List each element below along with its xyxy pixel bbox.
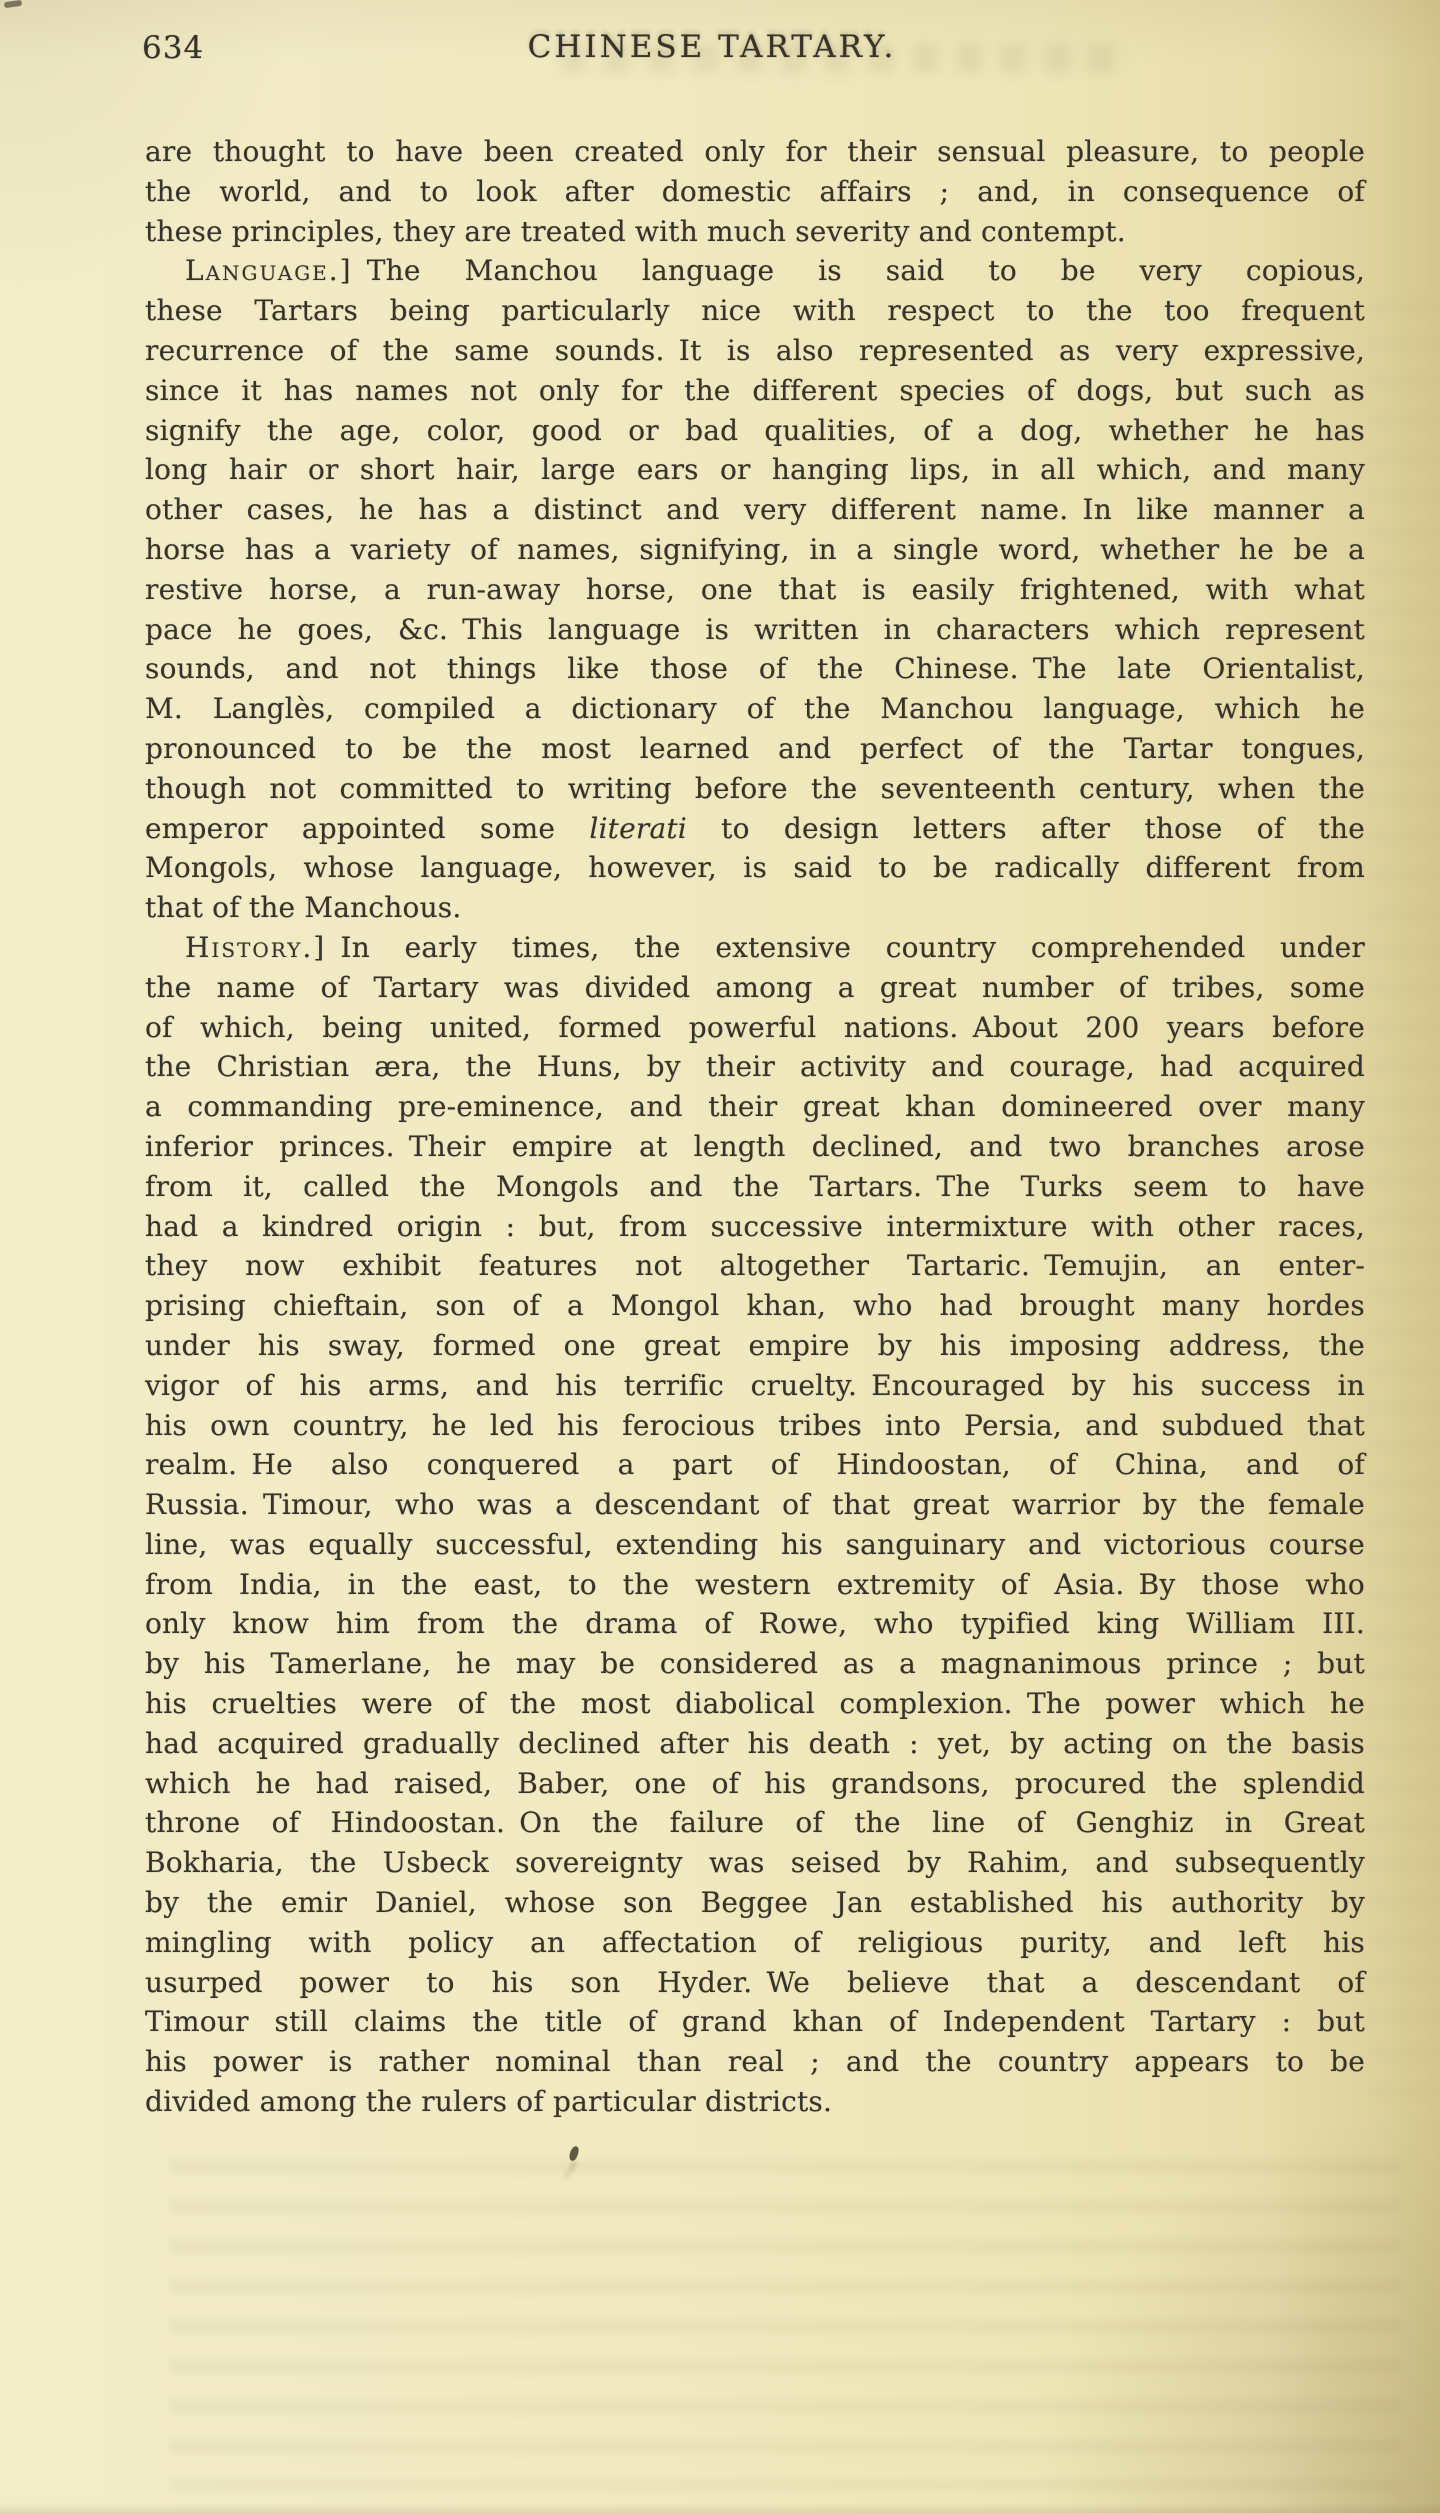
text-segment: In early times, the extensive country co… — [326, 931, 1365, 964]
text-line: M. Langlès, compiled a dictionary of the… — [145, 689, 1365, 729]
text-segment: literati — [589, 812, 687, 845]
text-line: his cruelties were of the most diabolica… — [145, 1684, 1365, 1724]
text-line: History.] In early times, the extensive … — [145, 928, 1365, 968]
text-line: from it, called the Mongols and the Tart… — [145, 1167, 1365, 1207]
text-segment: inferior princes. Their empire at length… — [145, 1130, 1365, 1163]
text-line: Russia. Timour, who was a descendant of … — [145, 1485, 1365, 1525]
text-line: under his sway, formed one great empire … — [145, 1326, 1365, 1366]
text-line: since it has names not only for the diff… — [145, 371, 1365, 411]
text-line: his power is rather nominal than real ; … — [145, 2042, 1365, 2082]
text-segment: by his Tamerlane, he may be considered a… — [145, 1647, 1365, 1680]
paragraph: are thought to have been created only fo… — [145, 132, 1365, 251]
text-segment: from it, called the Mongols and the Tart… — [145, 1170, 1365, 1203]
text-block: are thought to have been created only fo… — [145, 132, 1365, 2122]
text-line: Language.] The Manchou language is said … — [145, 251, 1365, 291]
text-segment: of which, being united, formed powerful … — [145, 1011, 1365, 1044]
text-segment: that of the Manchous. — [145, 891, 461, 924]
text-line: of which, being united, formed powerful … — [145, 1008, 1365, 1048]
text-line: recurrence of the same sounds. It is als… — [145, 331, 1365, 371]
text-segment: his power is rather nominal than real ; … — [145, 2045, 1365, 2078]
text-segment: a commanding pre-eminence, and their gre… — [145, 1090, 1365, 1123]
text-line: the world, and to look after domestic af… — [145, 172, 1365, 212]
text-segment: line, was equally successful, extending … — [145, 1528, 1365, 1561]
text-segment: horse has a variety of names, signifying… — [145, 533, 1365, 566]
section-heading: Language.] — [185, 254, 353, 287]
text-line: the Christian æra, the Huns, by their ac… — [145, 1047, 1365, 1087]
text-line: line, was equally successful, extending … — [145, 1525, 1365, 1565]
text-segment: restive horse, a run-away horse, one tha… — [145, 573, 1365, 606]
text-segment: divided among the rulers of particular d… — [145, 2085, 832, 2118]
text-segment: other cases, he has a distinct and very … — [145, 493, 1365, 526]
text-segment: had a kindred origin : but, from success… — [145, 1210, 1365, 1243]
text-line: the name of Tartary was divided among a … — [145, 968, 1365, 1008]
paragraph: History.] In early times, the extensive … — [145, 928, 1365, 2122]
section-heading: History.] — [185, 931, 326, 964]
text-line: inferior princes. Their empire at length… — [145, 1127, 1365, 1167]
text-segment: Bokharia, the Usbeck sovereignty was sei… — [145, 1846, 1365, 1879]
text-line: mingling with policy an affectation of r… — [145, 1923, 1365, 1963]
page-number: 634 — [142, 30, 204, 66]
text-line: horse has a variety of names, signifying… — [145, 530, 1365, 570]
text-segment: these Tartars being particularly nice wi… — [145, 294, 1365, 327]
text-line: his own country, he led his ferocious tr… — [145, 1406, 1365, 1446]
text-line: Timour still claims the title of grand k… — [145, 2002, 1365, 2042]
text-segment: are thought to have been created only fo… — [145, 135, 1365, 168]
text-line: Mongols, whose language, however, is sai… — [145, 848, 1365, 888]
text-line: that of the Manchous. — [145, 888, 1365, 928]
text-line: these Tartars being particularly nice wi… — [145, 291, 1365, 331]
text-segment: his own country, he led his ferocious tr… — [145, 1409, 1365, 1442]
text-line: only know him from the drama of Rowe, wh… — [145, 1604, 1365, 1644]
text-line: though not committed to writing before t… — [145, 769, 1365, 809]
text-segment: usurped power to his son Hyder. We belie… — [145, 1966, 1365, 1999]
bleed-through-artifact — [1370, 300, 1434, 2100]
text-line: are thought to have been created only fo… — [145, 132, 1365, 172]
text-segment: the world, and to look after domestic af… — [145, 175, 1365, 208]
text-segment: they now exhibit features not altogether… — [145, 1249, 1365, 1282]
text-segment: which he had raised, Baber, one of his g… — [145, 1767, 1365, 1800]
text-line: sounds, and not things like those of the… — [145, 649, 1365, 689]
text-line: had acquired gradually declined after hi… — [145, 1724, 1365, 1764]
text-line: by the emir Daniel, whose son Beggee Jan… — [145, 1883, 1365, 1923]
text-line: realm. He also conquered a part of Hindo… — [145, 1445, 1365, 1485]
running-head: CHINESE TARTARY. — [528, 29, 897, 65]
text-segment: throne of Hindoostan. On the failure of … — [145, 1806, 1365, 1839]
text-segment: Russia. Timour, who was a descendant of … — [145, 1488, 1365, 1521]
text-segment: prising chieftain, son of a Mongol khan,… — [145, 1289, 1365, 1322]
text-segment: vigor of his arms, and his terrific crue… — [145, 1369, 1365, 1402]
text-line: these principles, they are treated with … — [145, 212, 1365, 252]
text-line: a commanding pre-eminence, and their gre… — [145, 1087, 1365, 1127]
text-segment: emperor appointed some — [145, 812, 589, 845]
text-segment: had acquired gradually declined after hi… — [145, 1727, 1365, 1760]
text-segment: long hair or short hair, large ears or h… — [145, 453, 1365, 486]
text-line: from India, in the east, to the western … — [145, 1565, 1365, 1605]
text-segment: M. Langlès, compiled a dictionary of the… — [145, 692, 1365, 725]
text-line: Bokharia, the Usbeck sovereignty was sei… — [145, 1843, 1365, 1883]
text-line: throne of Hindoostan. On the failure of … — [145, 1803, 1365, 1843]
text-line: divided among the rulers of particular d… — [145, 2082, 1365, 2122]
text-line: by his Tamerlane, he may be considered a… — [145, 1644, 1365, 1684]
paragraph: Language.] The Manchou language is said … — [145, 251, 1365, 928]
text-line: they now exhibit features not altogether… — [145, 1246, 1365, 1286]
text-segment: the name of Tartary was divided among a … — [145, 971, 1365, 1004]
bleed-through-artifact — [170, 2160, 1400, 2490]
text-line: which he had raised, Baber, one of his g… — [145, 1764, 1365, 1804]
text-segment: since it has names not only for the diff… — [145, 374, 1365, 407]
ink-smudge — [568, 2145, 579, 2161]
text-line: pace he goes, &c. This language is writt… — [145, 610, 1365, 650]
text-segment: signify the age, color, good or bad qual… — [145, 414, 1365, 447]
text-line: vigor of his arms, and his terrific crue… — [145, 1366, 1365, 1406]
text-segment: pace he goes, &c. This language is writt… — [145, 613, 1365, 646]
text-segment: mingling with policy an affectation of r… — [145, 1926, 1365, 1959]
text-segment: his cruelties were of the most diabolica… — [145, 1687, 1365, 1720]
text-segment: Mongols, whose language, however, is sai… — [145, 851, 1365, 884]
text-line: long hair or short hair, large ears or h… — [145, 450, 1365, 490]
text-line: usurped power to his son Hyder. We belie… — [145, 1963, 1365, 2003]
text-line: had a kindred origin : but, from success… — [145, 1207, 1365, 1247]
text-line: emperor appointed some literati to desig… — [145, 809, 1365, 849]
text-segment: realm. He also conquered a part of Hindo… — [145, 1448, 1365, 1481]
text-segment: only know him from the drama of Rowe, wh… — [145, 1607, 1365, 1640]
text-line: prising chieftain, son of a Mongol khan,… — [145, 1286, 1365, 1326]
text-segment: from India, in the east, to the western … — [145, 1568, 1365, 1601]
text-line: restive horse, a run-away horse, one tha… — [145, 570, 1365, 610]
text-segment: sounds, and not things like those of the… — [145, 652, 1365, 685]
text-segment: these principles, they are treated with … — [145, 215, 1126, 248]
text-segment: pronounced to be the most learned and pe… — [145, 732, 1365, 765]
text-segment: though not committed to writing before t… — [145, 772, 1365, 805]
text-segment: to design letters after those of the — [687, 812, 1365, 845]
text-line: signify the age, color, good or bad qual… — [145, 411, 1365, 451]
text-segment: under his sway, formed one great empire … — [145, 1329, 1365, 1362]
text-line: other cases, he has a distinct and very … — [145, 490, 1365, 530]
text-segment: by the emir Daniel, whose son Beggee Jan… — [145, 1886, 1365, 1919]
page-edge-shadow — [0, 2503, 1440, 2513]
text-segment: Timour still claims the title of grand k… — [145, 2005, 1365, 2038]
text-segment: The Manchou language is said to be very … — [353, 254, 1365, 287]
scanned-page: { "page": { "number": "634", "running_he… — [0, 0, 1440, 2513]
text-line: pronounced to be the most learned and pe… — [145, 729, 1365, 769]
ink-speck — [4, 0, 23, 8]
text-segment: the Christian æra, the Huns, by their ac… — [145, 1050, 1365, 1083]
text-segment: recurrence of the same sounds. It is als… — [145, 334, 1365, 367]
